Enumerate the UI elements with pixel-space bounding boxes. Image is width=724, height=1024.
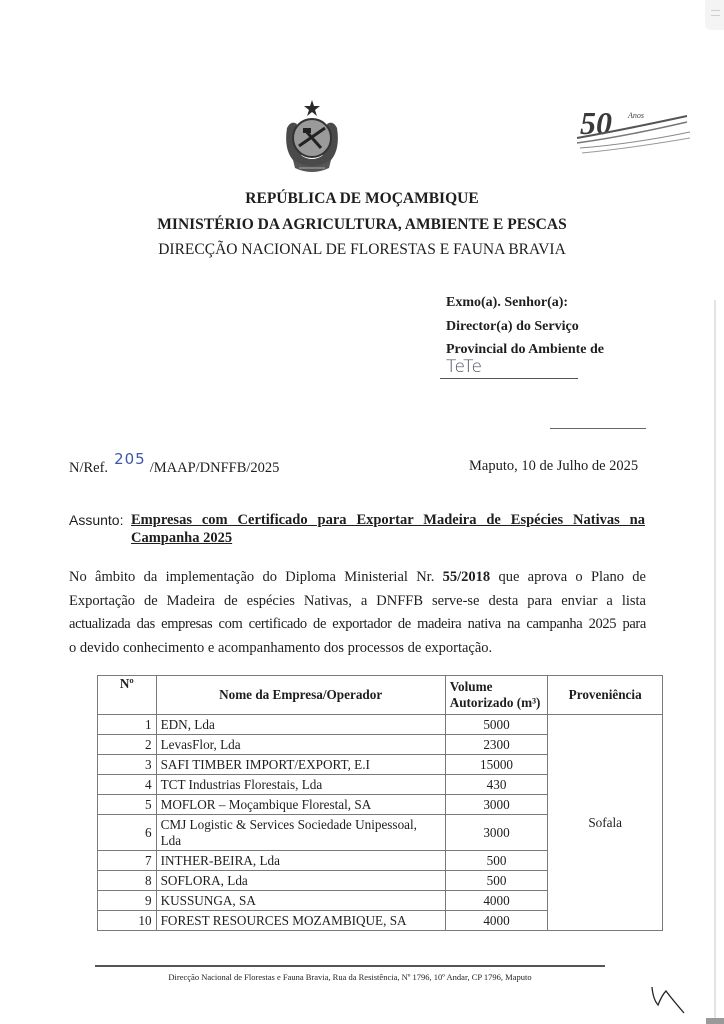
companies-table: Nº Nome da Empresa/Operador Volume Autor… xyxy=(97,675,663,931)
body-text: que aprova o Plano de xyxy=(490,569,646,585)
subject-label: Assunto: xyxy=(69,512,123,528)
row-number: 10 xyxy=(98,911,157,931)
row-company-name: SOFLORA, Lda xyxy=(156,871,445,891)
reference-number: N/Ref.205/MAAP/DNFFB/2025 xyxy=(69,458,279,477)
body-line-2: Exportação de Madeira de espécies Nativa… xyxy=(69,590,646,614)
row-number: 6 xyxy=(98,815,157,851)
row-number: 4 xyxy=(98,775,157,795)
row-volume: 430 xyxy=(445,775,548,795)
row-volume: 5000 xyxy=(445,715,548,735)
body-line-3: actualizada das empresas com certificado… xyxy=(69,613,646,637)
50-anos-logo-icon: 50 Anos xyxy=(572,100,692,160)
row-company-name: INTHER-BEIRA, Lda xyxy=(156,851,445,871)
row-company-name: MOFLOR – Moçambique Florestal, SA xyxy=(156,795,445,815)
reference-handwritten-number: 205 xyxy=(114,450,146,468)
body-line-4: o devido conhecimento e acompanhamento d… xyxy=(69,637,646,661)
row-company-name: SAFI TIMBER IMPORT/EXPORT, E.I xyxy=(156,755,445,775)
handwritten-province: TeTe xyxy=(446,357,483,377)
row-number: 7 xyxy=(98,851,157,871)
body-line-1: No âmbito da implementação do Diploma Mi… xyxy=(69,566,646,590)
mozambique-coat-of-arms-icon xyxy=(277,98,347,178)
logo-word: Anos xyxy=(627,111,644,120)
letter-date: Maputo, 10 de Julho de 2025 xyxy=(469,458,638,475)
row-company-name: KUSSUNGA, SA xyxy=(156,891,445,911)
header-republic: REPÚBLICA DE MOÇAMBIQUE xyxy=(0,190,724,208)
row-volume: 3000 xyxy=(445,795,548,815)
diploma-number: 55/2018 xyxy=(443,569,491,585)
header-directorate: DIRECÇÃO NACIONAL DE FLORESTAS E FAUNA B… xyxy=(0,241,724,259)
header-number: Nº xyxy=(98,676,157,715)
row-company-name: EDN, Lda xyxy=(156,715,445,735)
header-company-name: Nome da Empresa/Operador xyxy=(156,676,445,715)
reference-suffix: /MAAP/DNFFB/2025 xyxy=(150,460,280,476)
row-number: 9 xyxy=(98,891,157,911)
header-ministry: MINISTÉRIO DA AGRICULTURA, AMBIENTE E PE… xyxy=(0,216,724,234)
subject-line-2: Campanha 2025 xyxy=(131,530,232,547)
row-volume: 500 xyxy=(445,851,548,871)
page-edge-divider xyxy=(714,300,716,1024)
table-row: 1EDN, Lda5000Sofala xyxy=(98,715,663,735)
row-company-name: LevasFlor, Lda xyxy=(156,735,445,755)
row-volume: 2300 xyxy=(445,735,548,755)
row-company-name: FOREST RESOURCES MOZAMBIQUE, SA xyxy=(156,911,445,931)
addressee-salutation: Exmo(a). Senhor(a): xyxy=(446,295,568,311)
row-number: 1 xyxy=(98,715,157,735)
body-paragraph: No âmbito da implementação do Diploma Mi… xyxy=(69,566,646,660)
row-volume: 500 xyxy=(445,871,548,891)
handwritten-initial-icon xyxy=(650,985,690,1020)
page-corner-tab[interactable] xyxy=(705,0,724,30)
header-volume: Volume Autorizado (m³) xyxy=(445,676,548,715)
page-edge-marker xyxy=(706,1018,724,1024)
signature-line xyxy=(550,428,646,429)
row-volume: 4000 xyxy=(445,911,548,931)
body-text: No âmbito da implementação do Diploma Mi… xyxy=(69,569,443,585)
row-company-name: TCT Industrias Florestais, Lda xyxy=(156,775,445,795)
subject-line-1: Empresas com Certificado para Exportar M… xyxy=(131,511,645,530)
footer-divider xyxy=(95,965,605,967)
row-volume: 3000 xyxy=(445,815,548,851)
table-header-row: Nº Nome da Empresa/Operador Volume Autor… xyxy=(98,676,663,715)
addressee-title: Director(a) do Serviço xyxy=(446,319,579,335)
row-number: 5 xyxy=(98,795,157,815)
row-number: 2 xyxy=(98,735,157,755)
row-number: 8 xyxy=(98,871,157,891)
reference-prefix: N/Ref. xyxy=(69,460,108,476)
header-provenance: Proveniência xyxy=(548,676,663,715)
footer-address: Direcção Nacional de Florestas e Fauna B… xyxy=(0,972,700,982)
row-provenance: Sofala xyxy=(548,715,663,931)
row-volume: 15000 xyxy=(445,755,548,775)
row-volume: 4000 xyxy=(445,891,548,911)
row-number: 3 xyxy=(98,755,157,775)
handwritten-province-field: TeTe xyxy=(440,356,578,379)
row-company-name: CMJ Logistic & Services Sociedade Unipes… xyxy=(156,815,445,851)
